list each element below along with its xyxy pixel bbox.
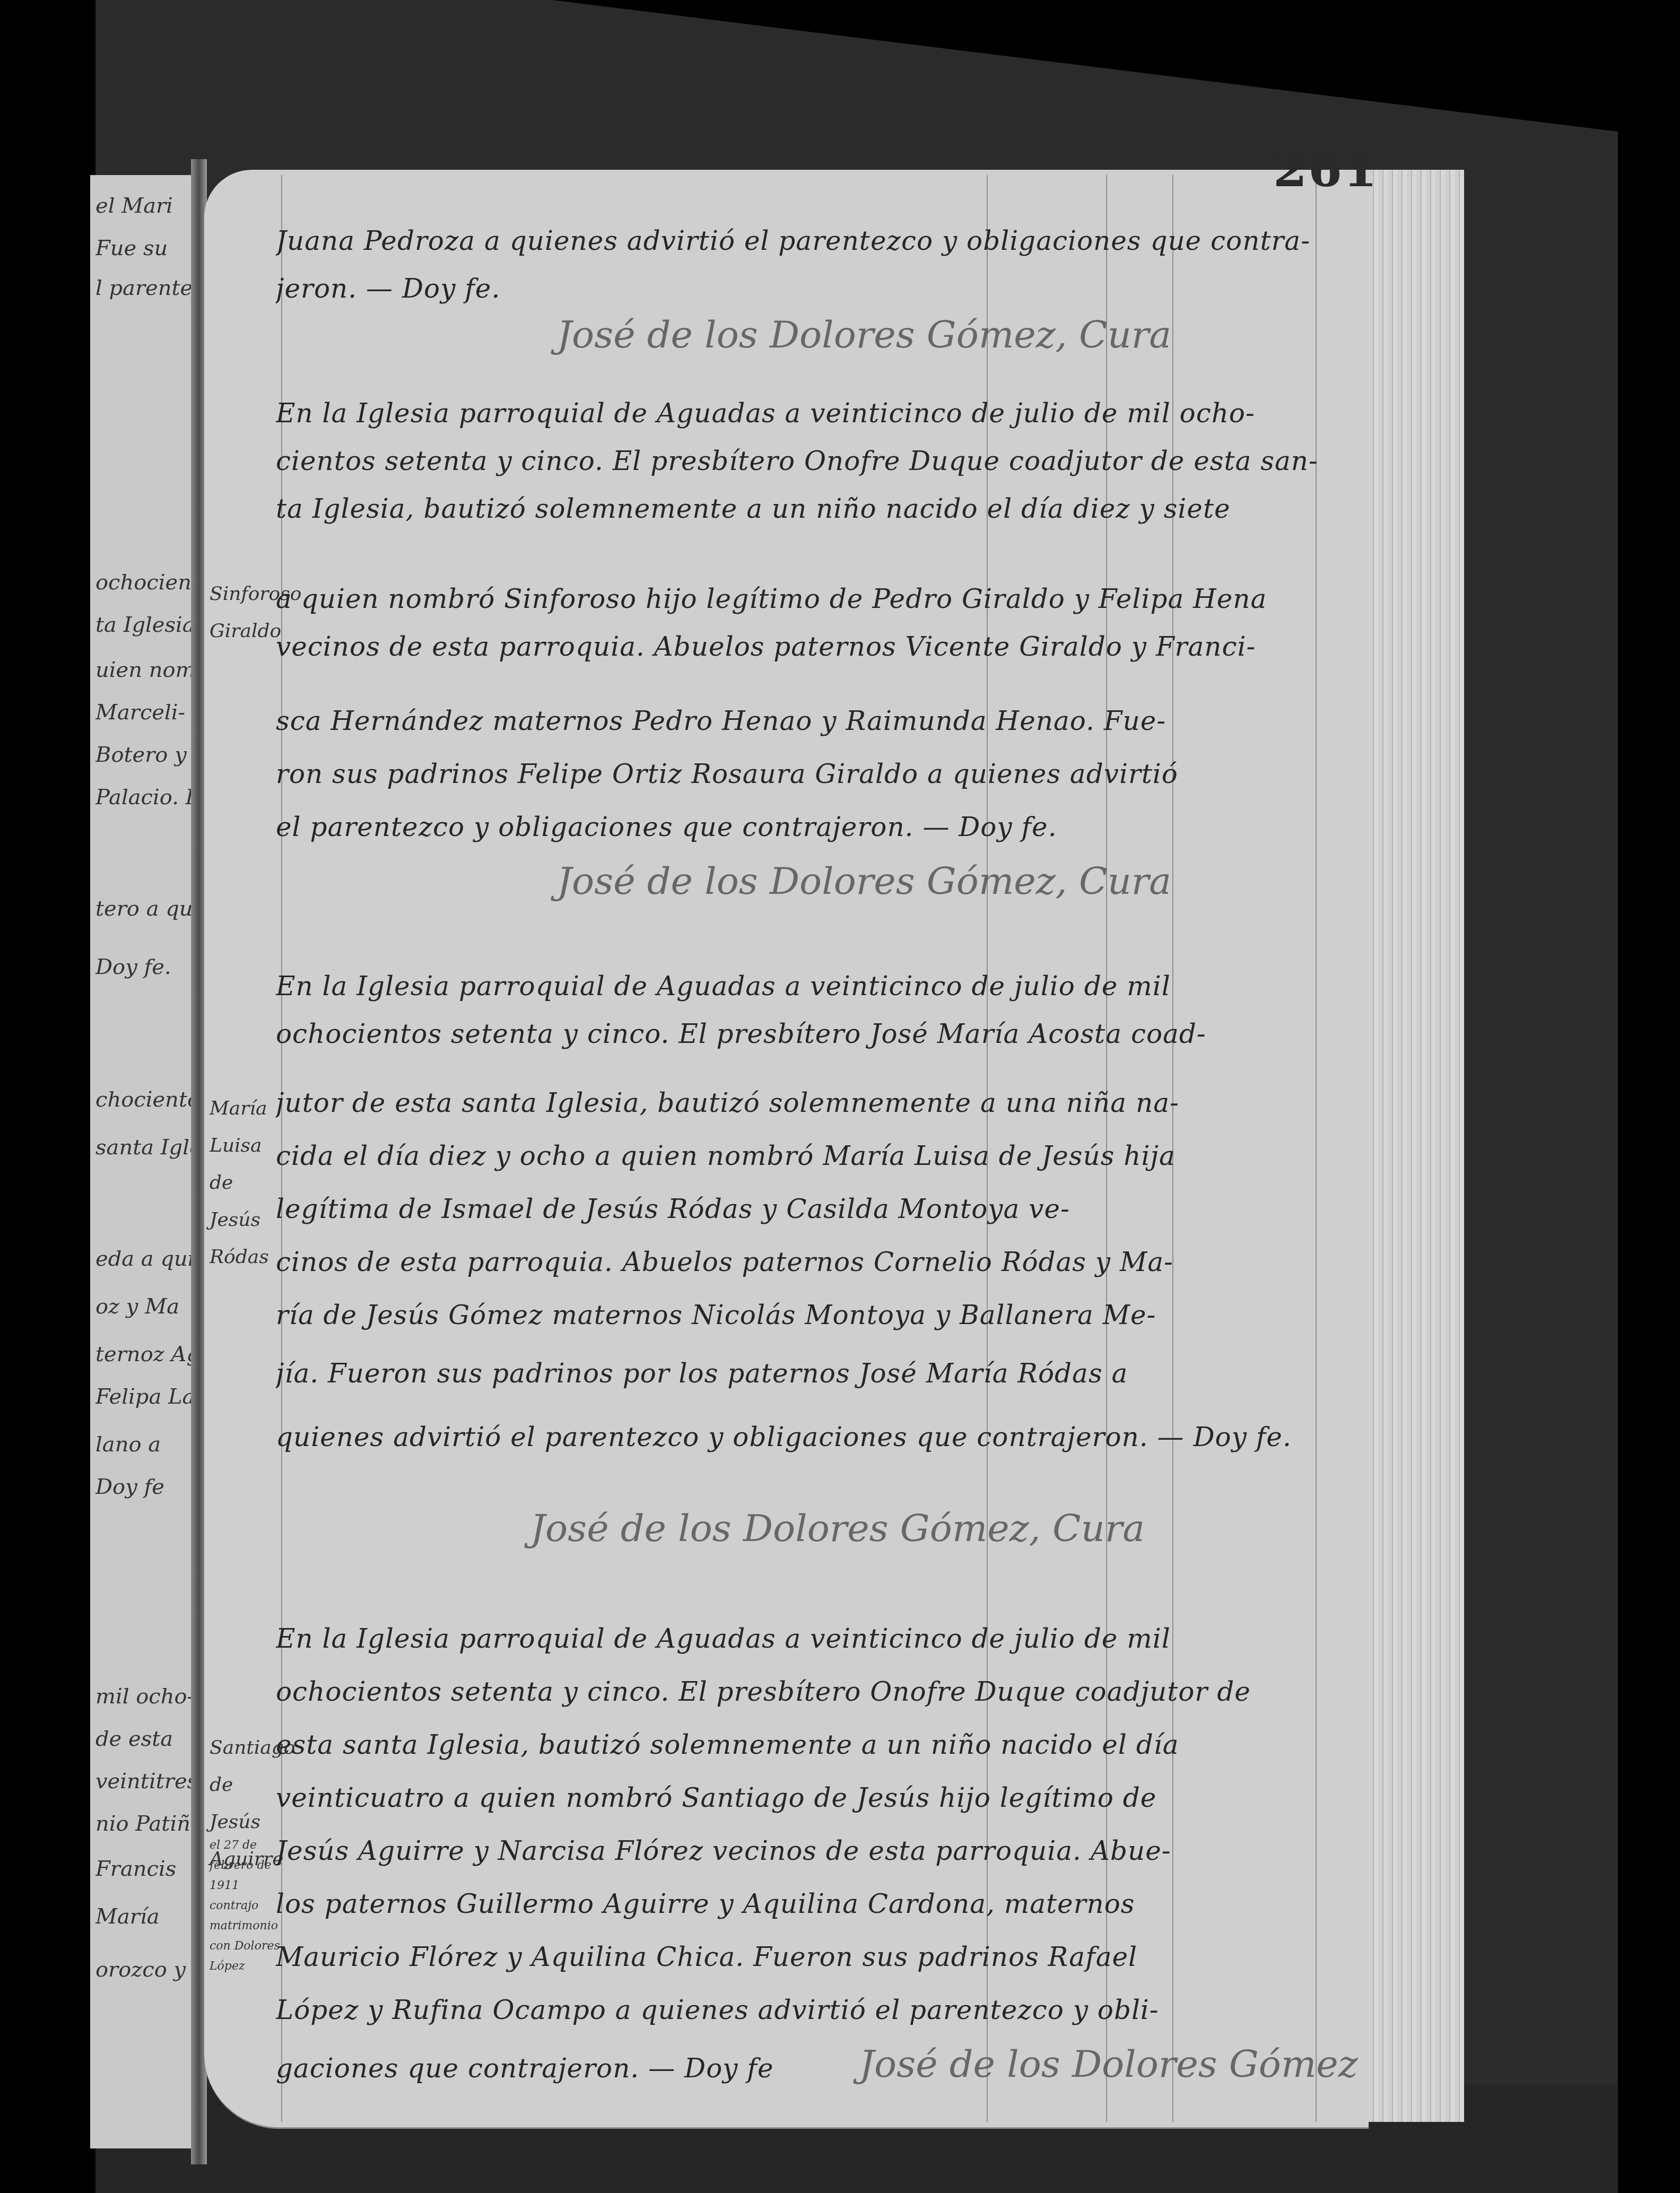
text-line: López y Rufina Ocampo a quienes advirtió… <box>276 1995 1369 2025</box>
left-fragment: Palacio. Fue <box>95 785 191 810</box>
text-line: En la Iglesia parroquial de Aguadas a ve… <box>276 971 1369 1002</box>
left-fragment: orozco y <box>95 1957 191 1982</box>
left-fragment: Fue su <box>95 236 191 260</box>
margin-name: María Luisa de Jesús Ródas <box>210 1090 284 1276</box>
text-line: Juana Pedroza a quienes advirtió el pare… <box>276 225 1369 256</box>
text-line: jía. Fueron sus padrinos por los paterno… <box>276 1358 1369 1389</box>
text-line: cinos de esta parroquia. Abuelos paterno… <box>276 1247 1369 1277</box>
left-fragment: santa Igle <box>95 1135 191 1160</box>
text-line: gaciones que contrajeron. — Doy fe <box>276 2053 849 2084</box>
text-line: ría de Jesús Gómez maternos Nicolás Mont… <box>276 1300 1369 1330</box>
left-fragment: Francis <box>95 1857 191 1881</box>
left-fragment: Doy fe <box>95 1475 191 1499</box>
left-fragment: veintitres <box>95 1769 191 1794</box>
text-line: quienes advirtió el parentezco y obligac… <box>276 1422 1369 1452</box>
left-fragment: lano a <box>95 1432 191 1457</box>
left-fragment: chocientos <box>95 1087 191 1112</box>
text-line: cientos setenta y cinco. El presbítero O… <box>276 446 1369 476</box>
text-line: cida el día diez y ocho a quien nombró M… <box>276 1141 1369 1171</box>
left-fragment: tero a que <box>95 897 191 921</box>
text-line: sca Hernández maternos Pedro Henao y Rai… <box>276 706 1369 736</box>
left-fragment: Botero y <box>95 743 191 767</box>
left-fragment: María <box>95 1904 191 1929</box>
text-line: los paternos Guillermo Aguirre y Aquilin… <box>276 1889 1369 1919</box>
priest-signature: José de los Dolores Gómez, Cura <box>557 859 1171 903</box>
page-edges <box>1369 170 1464 2122</box>
left-fragment: el Mari <box>95 194 191 218</box>
text-line: En la Iglesia parroquial de Aguadas a ve… <box>276 398 1369 429</box>
left-fragment: ta Iglesia <box>95 613 191 637</box>
left-fragment: Marceli- <box>95 700 191 725</box>
left-fragment: Doy fe. <box>95 955 191 979</box>
text-line: ta Iglesia, bautizó solemnemente a un ni… <box>276 493 1369 524</box>
text-line: jeron. — Doy fe. <box>276 273 1369 304</box>
left-fragment: Felipa La <box>95 1385 191 1409</box>
text-line: a quien nombró Sinforoso hijo legítimo d… <box>276 584 1369 614</box>
priest-signature: José de los Dolores Gómez, Cura <box>557 313 1171 356</box>
left-page <box>90 175 206 2148</box>
margin-name: Sinforoso Giraldo <box>210 576 284 650</box>
text-line: el parentezco y obligaciones que contraj… <box>276 812 1369 842</box>
page-number: 261 <box>1273 141 1378 198</box>
text-line: vecinos de esta parroquia. Abuelos pater… <box>276 631 1369 662</box>
text-line: veinticuatro a quien nombró Santiago de … <box>276 1782 1369 1813</box>
text-line: ochocientos setenta y cinco. El presbíte… <box>276 1019 1369 1049</box>
priest-signature: José de los Dolores Gómez, Cura <box>530 1507 1145 1550</box>
text-line: jutor de esta santa Iglesia, bautizó sol… <box>276 1087 1369 1118</box>
left-fragment: eda a quien <box>95 1247 191 1271</box>
text-line: esta santa Iglesia, bautizó solemnemente… <box>276 1729 1369 1760</box>
marriage-annotation: el 27 de febrero de 1911 contrajo matrim… <box>210 1835 284 1977</box>
text-line: legítima de Ismael de Jesús Ródas y Casi… <box>276 1194 1369 1224</box>
priest-signature: José de los Dolores Gómez <box>859 2042 1358 2086</box>
text-line: ron sus padrinos Felipe Ortiz Rosaura Gi… <box>276 759 1369 789</box>
left-fragment: de esta <box>95 1727 191 1751</box>
text-line: En la Iglesia parroquial de Aguadas a ve… <box>276 1623 1369 1654</box>
left-fragment: ochociento <box>95 570 191 595</box>
left-fragment: mil ocho- <box>95 1684 191 1709</box>
left-fragment: uien nom <box>95 658 191 682</box>
text-line: ochocientos setenta y cinco. El presbíte… <box>276 1676 1369 1707</box>
text-line: Jesús Aguirre y Narcisa Flórez vecinos d… <box>276 1835 1369 1866</box>
left-fragment: oz y Ma <box>95 1294 191 1319</box>
left-fragment: nio Patiño <box>95 1812 191 1836</box>
left-fragment: ternoz Agu <box>95 1342 191 1367</box>
left-fragment: l parente <box>95 276 191 300</box>
text-line: Mauricio Flórez y Aquilina Chica. Fueron… <box>276 1942 1369 1972</box>
